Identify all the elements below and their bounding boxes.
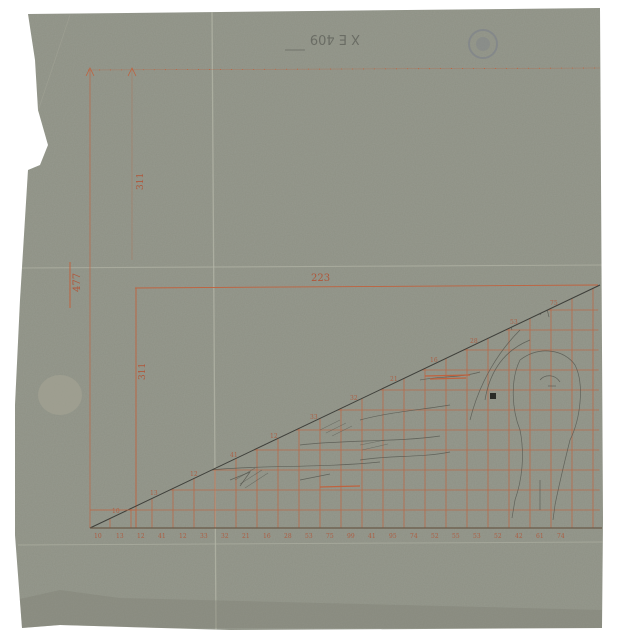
svg-text:52: 52 bbox=[494, 533, 502, 540]
svg-text:74: 74 bbox=[410, 533, 418, 540]
svg-text:53: 53 bbox=[473, 533, 481, 540]
svg-text:32: 32 bbox=[350, 395, 358, 402]
svg-text:21: 21 bbox=[242, 533, 250, 540]
svg-text:75: 75 bbox=[326, 533, 334, 540]
left-measure-label: 477 bbox=[72, 273, 83, 292]
svg-text:32: 32 bbox=[221, 533, 229, 540]
svg-text:21: 21 bbox=[390, 376, 398, 383]
baseline-ticks: 101312 411233 322116 285375 994195 74525… bbox=[94, 533, 565, 540]
svg-text:75: 75 bbox=[550, 300, 558, 307]
svg-text:12: 12 bbox=[137, 533, 145, 540]
lower-side-label: 311 bbox=[138, 363, 148, 380]
svg-text:55: 55 bbox=[452, 533, 460, 540]
svg-text:74: 74 bbox=[557, 533, 565, 540]
upper-side-label: 311 bbox=[136, 173, 146, 190]
svg-text:16: 16 bbox=[263, 533, 271, 540]
top-measure-label: 223 bbox=[311, 273, 330, 284]
svg-text:16: 16 bbox=[430, 357, 438, 364]
svg-text:61: 61 bbox=[536, 533, 544, 540]
paper-sheet: X E 409 223 477 311 311 bbox=[0, 0, 617, 640]
paper bbox=[0, 0, 617, 640]
svg-text:X E 409: X E 409 bbox=[310, 31, 360, 46]
svg-text:10: 10 bbox=[112, 508, 120, 515]
svg-text:12: 12 bbox=[190, 471, 198, 478]
svg-text:28: 28 bbox=[284, 533, 292, 540]
svg-text:33: 33 bbox=[310, 414, 318, 421]
svg-text:42: 42 bbox=[515, 533, 523, 540]
svg-text:12: 12 bbox=[270, 433, 278, 440]
svg-text:13: 13 bbox=[150, 490, 158, 497]
svg-text:41: 41 bbox=[368, 533, 376, 540]
svg-text:99: 99 bbox=[347, 533, 355, 540]
svg-text:28: 28 bbox=[470, 338, 478, 345]
svg-text:13: 13 bbox=[116, 533, 124, 540]
svg-text:41: 41 bbox=[158, 533, 166, 540]
svg-text:52: 52 bbox=[431, 533, 439, 540]
svg-text:33: 33 bbox=[200, 533, 208, 540]
svg-text:53: 53 bbox=[305, 533, 313, 540]
svg-text:12: 12 bbox=[179, 533, 187, 540]
svg-text:10: 10 bbox=[94, 533, 102, 540]
svg-text:95: 95 bbox=[389, 533, 397, 540]
ink-spot bbox=[490, 393, 496, 399]
svg-text:53: 53 bbox=[510, 319, 518, 326]
svg-text:41: 41 bbox=[230, 452, 238, 459]
